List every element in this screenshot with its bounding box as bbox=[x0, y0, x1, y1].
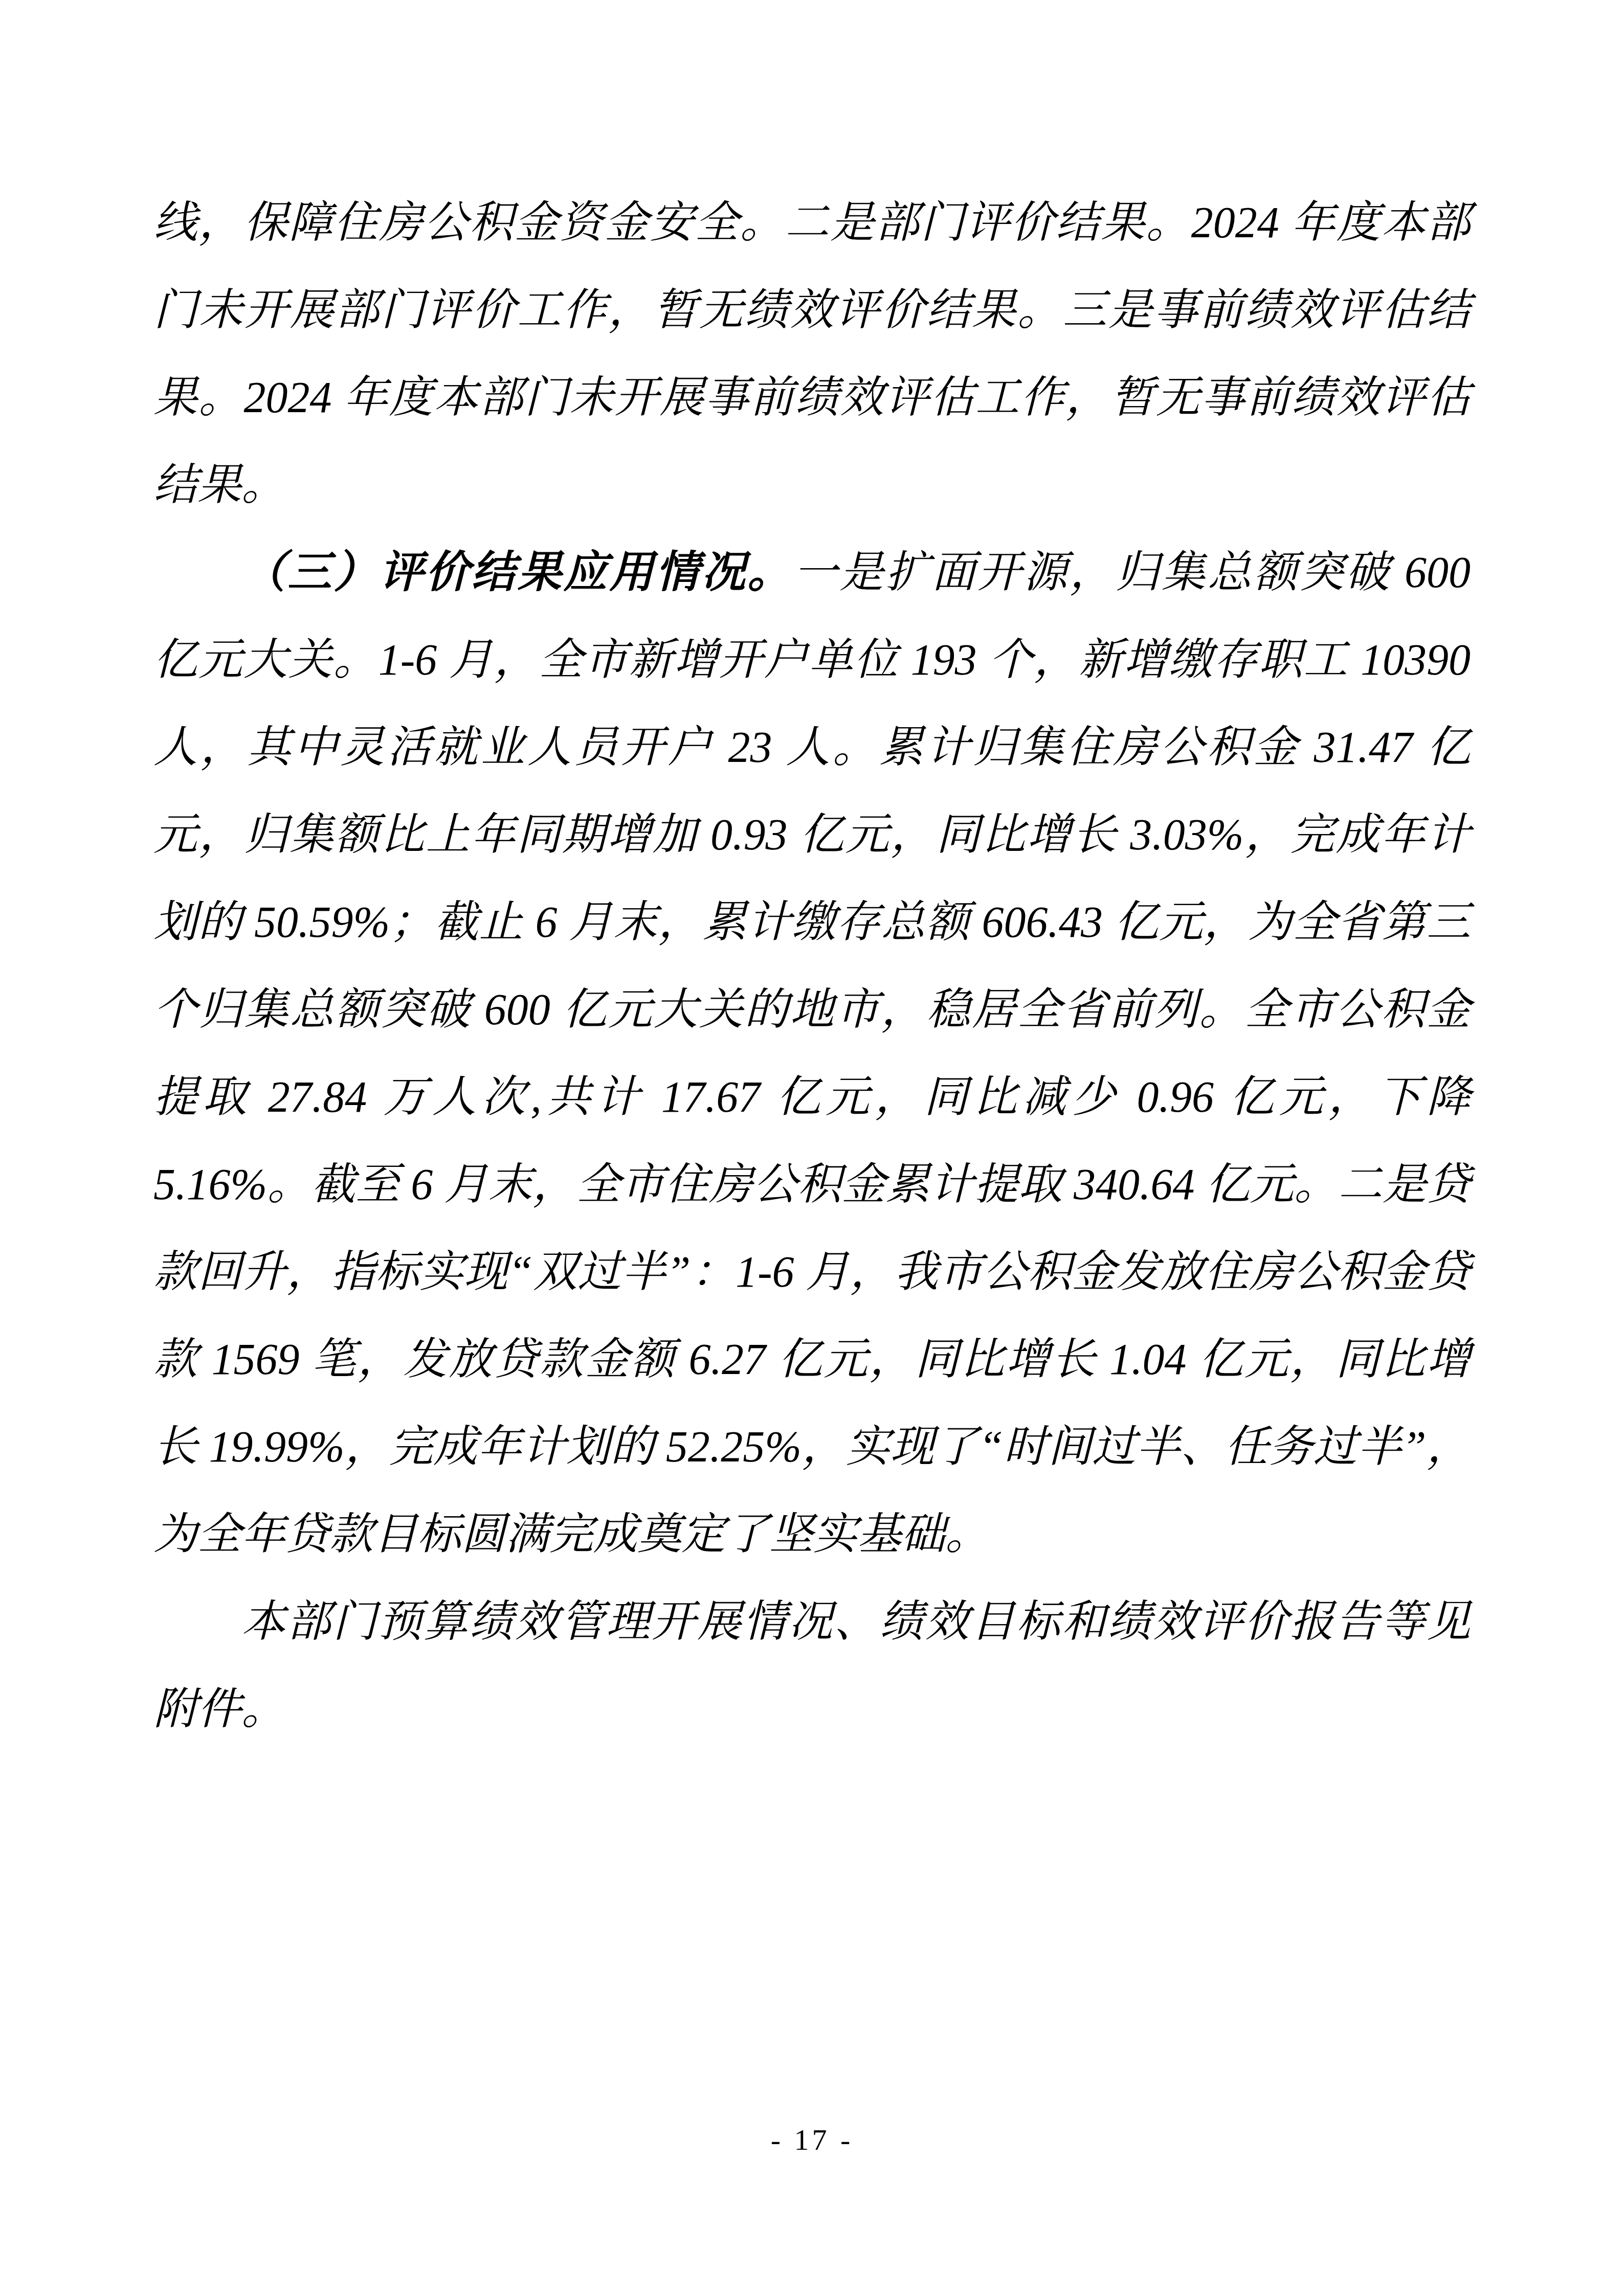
section-heading-inline: （三）评价结果应用情况。 bbox=[241, 548, 793, 597]
page-number: - 17 - bbox=[771, 2123, 854, 2156]
paragraph-text: 线，保障住房公积金资金安全。二是部门评价结果。2024 年度本部门未开展部门评价… bbox=[153, 198, 1471, 509]
document-page: 线，保障住房公积金资金安全。二是部门评价结果。2024 年度本部门未开展部门评价… bbox=[0, 0, 1624, 2296]
paragraph-evaluation-results-application: （三）评价结果应用情况。一是扩面开源，归集总额突破 600 亿元大关。1-6 月… bbox=[153, 529, 1471, 1578]
paragraph-continuation: 线，保障住房公积金资金安全。二是部门评价结果。2024 年度本部门未开展部门评价… bbox=[153, 179, 1471, 529]
document-body: 线，保障住房公积金资金安全。二是部门评价结果。2024 年度本部门未开展部门评价… bbox=[153, 179, 1471, 1753]
page-footer: - 17 - bbox=[0, 2122, 1624, 2158]
paragraph-attachment-note: 本部门预算绩效管理开展情况、绩效目标和绩效评价报告等见附件。 bbox=[153, 1578, 1471, 1753]
paragraph-text: 本部门预算绩效管理开展情况、绩效目标和绩效评价报告等见附件。 bbox=[153, 1597, 1471, 1734]
paragraph-text: 一是扩面开源，归集总额突破 600 亿元大关。1-6 月，全市新增开户单位 19… bbox=[153, 548, 1471, 1559]
